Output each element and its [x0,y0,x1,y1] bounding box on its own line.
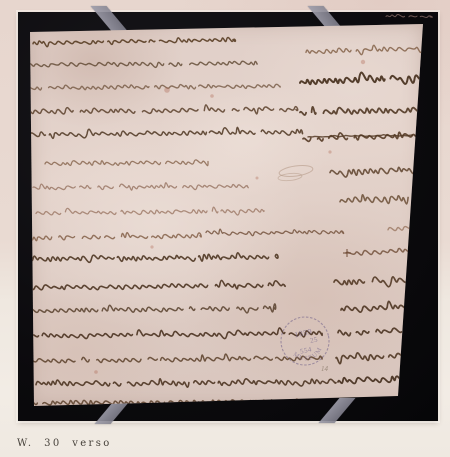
faint-mount-inscription [386,14,432,17]
photo-card: 185925554MUSEUM14 W. 30 verso [0,0,450,457]
mount-marks-layer [0,0,450,457]
catalog-caption: W. 30 verso [17,438,112,449]
